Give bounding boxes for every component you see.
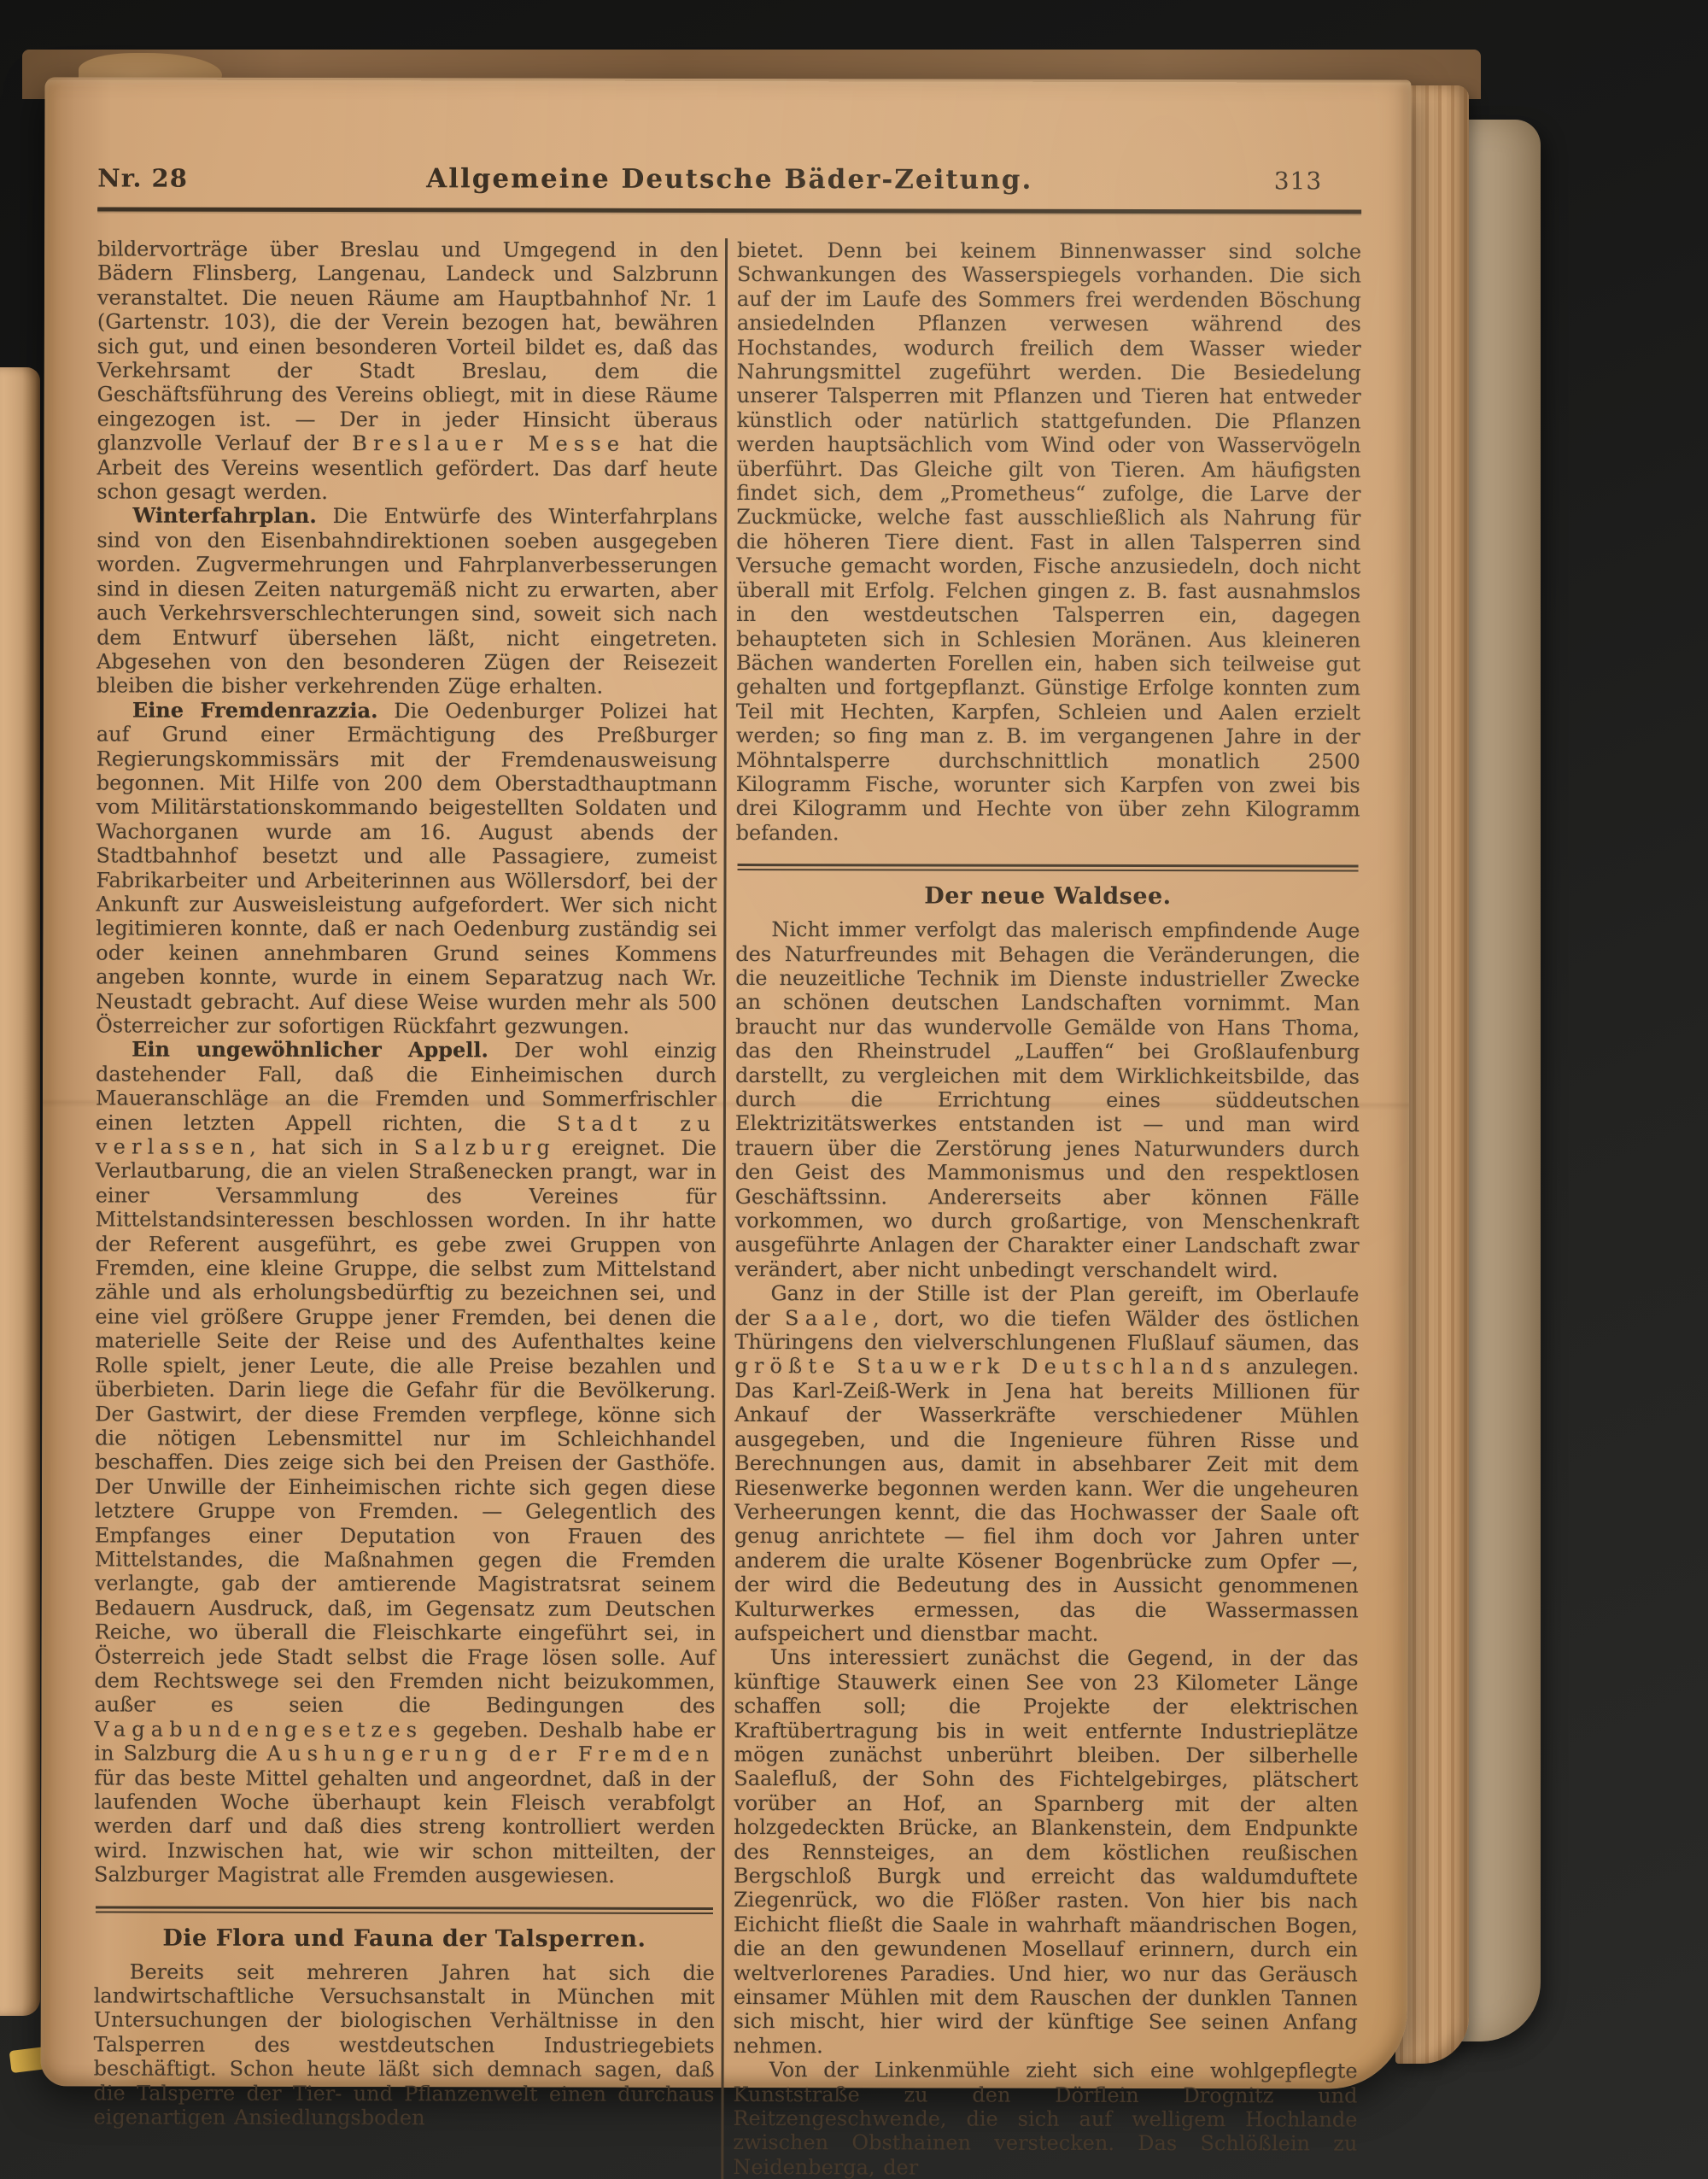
article-paragraph: Winterfahrplan. Die Entwürfe des Winterf… <box>97 504 717 700</box>
emphasized-spaced-text: größte Stauwerk Deutschlands <box>734 1354 1236 1379</box>
paragraph-text: Uns interessiert zunächst die Gegend, in… <box>734 1645 1359 2058</box>
emphasized-spaced-text: Saale <box>785 1306 873 1330</box>
article-paragraph: Ein ungewöhnlicher Appell. Der wohl einz… <box>94 1038 717 1889</box>
double-rule <box>738 864 1359 872</box>
article-paragraph: Nicht immer verfolgt das malerisch empfi… <box>735 917 1360 1283</box>
paragraph-lead-in: Eine Fremdenrazzia. <box>132 697 378 723</box>
issue-number: Nr. 28 <box>97 163 188 192</box>
adjacent-page-edge <box>0 367 40 2016</box>
page-header: Nr. 28 Allgemeine Deutsche Bäder-Zeitung… <box>97 162 1361 196</box>
paragraph-text: Die Entwürfe des Winterfahrplans sind vo… <box>97 504 717 699</box>
masthead-title: Allgemeine Deutsche Bäder-Zeitung. <box>426 163 1032 195</box>
article-paragraph: Eine Fremdenrazzia. Die Oedenburger Poli… <box>96 698 717 1039</box>
article-paragraph: Von der Linkenmühle zieht sich eine wohl… <box>733 2058 1357 2179</box>
newspaper-page: Nr. 28 Allgemeine Deutsche Bäder-Zeitung… <box>41 77 1412 2088</box>
paragraph-text: Nicht immer verfolgt das malerisch empfi… <box>735 917 1360 1282</box>
article-paragraph: Bereits seit mehreren Jahren hat sich di… <box>93 1959 714 2130</box>
paragraph-text: bietet. Denn bei keinem Binnenwasser sin… <box>736 238 1361 845</box>
paragraph-text: anzulegen. Das Karl-Zeiß-Werk in Jena ha… <box>734 1356 1360 1646</box>
page-number: 313 <box>1274 167 1323 195</box>
page-content: Nr. 28 Allgemeine Deutsche Bäder-Zeitung… <box>93 162 1361 2179</box>
article-paragraph: Uns interessiert zunächst die Gegend, in… <box>734 1645 1359 2059</box>
header-rule <box>97 207 1361 214</box>
paragraph-text: Bereits seit mehreren Jahren hat sich di… <box>93 1959 714 2129</box>
article-paragraph: bietet. Denn bei keinem Binnenwasser sin… <box>736 238 1361 846</box>
article-paragraph: bildervorträge über Breslau und Umgegend… <box>97 237 718 505</box>
column-right: bietet. Denn bei keinem Binnenwasser sin… <box>733 238 1361 2179</box>
emphasized-spaced-text: Breslauer Messe <box>352 431 625 456</box>
section-heading: Die Flora und Fauna der Talsperren. <box>94 1924 715 1953</box>
section-heading: Der neue Waldsee. <box>735 882 1360 911</box>
double-rule <box>96 1906 713 1914</box>
text-columns: bildervorträge über Breslau und Umgegend… <box>93 237 1361 2179</box>
column-divider-rule <box>721 238 728 2179</box>
emphasized-spaced-text: Salzburg <box>414 1135 556 1159</box>
paragraph-text: bildervorträge über Breslau und Umgegend… <box>97 237 719 455</box>
paragraph-lead-in: Winterfahrplan. <box>132 503 316 528</box>
paragraph-text: Die Oedenburger Polizei hat auf Grund ei… <box>96 699 717 1039</box>
article-paragraph: Ganz in der Stille ist der Plan gereift,… <box>734 1281 1360 1647</box>
emphasized-spaced-text: Vagabundengesetzes <box>94 1717 423 1742</box>
column-left: bildervorträge über Breslau und Umgegend… <box>93 237 718 2130</box>
paragraph-lead-in: Ein ungewöhnlicher Appell. <box>132 1037 488 1063</box>
paragraph-text: für das beste Mittel gehalten und angeor… <box>94 1766 715 1888</box>
paragraph-text: Von der Linkenmühle zieht sich eine wohl… <box>733 2058 1357 2179</box>
paragraph-text: ereignet. Die Verlautbarung, die an viel… <box>94 1136 716 1719</box>
emphasized-spaced-text: Aushungerung der Fremden <box>267 1742 716 1766</box>
paragraph-text: , hat sich in <box>249 1135 414 1159</box>
